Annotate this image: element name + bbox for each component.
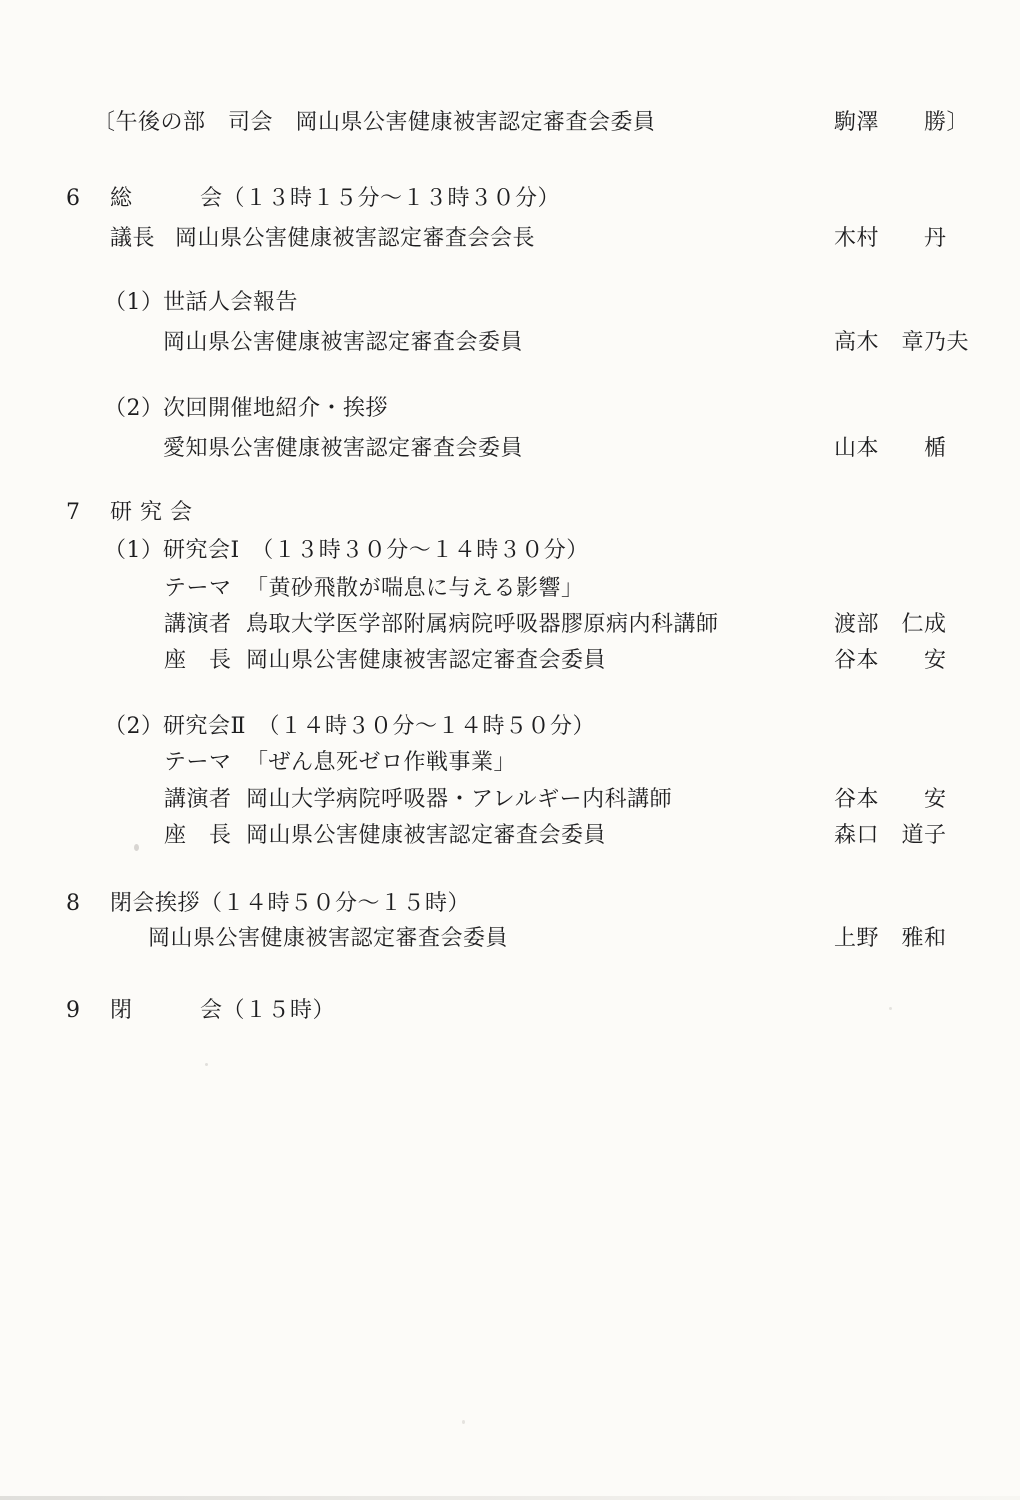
organization-title: 岡山県公害健康被害認定審査会委員 (163, 330, 523, 356)
row-text: 岡山県公害健康被害認定審査会委員 (246, 823, 606, 849)
person-name: 谷本 安 (834, 787, 947, 813)
item-title: 次回開催地紹介・挨拶 (163, 396, 388, 422)
organization-title: 愛知県公害健康被害認定審査会委員 (163, 436, 523, 462)
organization-title: 岡山県公害健康被害認定審査会会長 (175, 226, 535, 252)
agenda-line: 〔午後の部 司会 岡山県公害健康被害認定審査会委員駒澤 勝〕 (0, 110, 1020, 138)
agenda-line: 講演者鳥取大学医学部附属病院呼吸器膠原病内科講師渡部 仁成 (0, 612, 1020, 640)
person-name: 上野 雅和 (834, 926, 947, 952)
agenda-line: （1）研究会Ⅰ （１３時３０分～１４時３０分） (0, 538, 1020, 566)
row-text: 岡山大学病院呼吸器・アレルギー内科講師 (246, 787, 672, 813)
person-name: 高木 章乃夫 (834, 330, 969, 356)
row-text: 「黄砂飛散が喘息に与える影響」 (246, 576, 584, 602)
agenda-line: （2）次回開催地紹介・挨拶 (0, 396, 1020, 424)
item-number: （1） (104, 538, 164, 564)
agenda-line: 講演者岡山大学病院呼吸器・アレルギー内科講師谷本 安 (0, 787, 1020, 815)
section-number: 8 (66, 891, 81, 917)
item-number: （2） (104, 396, 164, 422)
section-title: 閉会挨拶（１４時５０分～１５時） (110, 891, 470, 917)
scan-bottom-edge (0, 1496, 1020, 1500)
person-name: 渡部 仁成 (834, 612, 947, 638)
section-title: 研 究 会 (110, 500, 193, 526)
item-title: 世話人会報告 (163, 290, 298, 316)
agenda-line: 6総 会（１３時１５分～１３時３０分） (0, 186, 1020, 214)
row-text: 鳥取大学医学部附属病院呼吸器膠原病内科講師 (246, 612, 719, 638)
section-number: 7 (66, 500, 81, 526)
organization-title: 岡山県公害健康被害認定審査会委員 (148, 926, 508, 952)
person-name: 駒澤 勝〕 (834, 110, 969, 136)
section-number: 6 (66, 186, 81, 212)
agenda-line: 8閉会挨拶（１４時５０分～１５時） (0, 891, 1020, 919)
person-name: 谷本 安 (834, 648, 947, 674)
agenda-line: 岡山県公害健康被害認定審査会委員上野 雅和 (0, 926, 1020, 954)
person-name: 木村 丹 (834, 226, 947, 252)
scan-speck (205, 1063, 208, 1066)
section-title: 総 会（１３時１５分～１３時３０分） (110, 186, 560, 212)
agenda-line: 9閉 会（１５時） (0, 998, 1020, 1026)
document-page: 〔午後の部 司会 岡山県公害健康被害認定審査会委員駒澤 勝〕6総 会（１３時１５… (0, 0, 1020, 1500)
agenda-line: テーマ「黄砂飛散が喘息に与える影響」 (0, 576, 1020, 604)
row-label: 議長 (110, 226, 155, 252)
scan-speck (134, 844, 139, 851)
item-title: 研究会Ⅱ （１４時３０分～１４時５０分） (163, 714, 595, 740)
item-number: （2） (104, 714, 164, 740)
item-number: （1） (104, 290, 164, 316)
person-name: 森口 道子 (834, 823, 947, 849)
row-label: 座 長 (164, 823, 232, 849)
row-label: テーマ (164, 750, 232, 776)
row-label: テーマ (164, 576, 232, 602)
person-name: 山本 楯 (834, 436, 947, 462)
row-label: 講演者 (164, 612, 232, 638)
agenda-line: 愛知県公害健康被害認定審査会委員山本 楯 (0, 436, 1020, 464)
agenda-line: （2）研究会Ⅱ （１４時３０分～１４時５０分） (0, 714, 1020, 742)
agenda-line: 7研 究 会 (0, 500, 1020, 528)
agenda-line: 議長岡山県公害健康被害認定審査会会長木村 丹 (0, 226, 1020, 254)
row-label: 座 長 (164, 648, 232, 674)
afternoon-session-header: 〔午後の部 司会 岡山県公害健康被害認定審査会委員 (93, 110, 656, 136)
row-text: 岡山県公害健康被害認定審査会委員 (246, 648, 606, 674)
row-text: 「ぜん息死ゼロ作戦事業」 (246, 750, 516, 776)
section-number: 9 (66, 998, 81, 1024)
section-title: 閉 会（１５時） (110, 998, 335, 1024)
agenda-line: 座 長岡山県公害健康被害認定審査会委員森口 道子 (0, 823, 1020, 851)
scan-speck (462, 1420, 465, 1424)
agenda-line: 岡山県公害健康被害認定審査会委員高木 章乃夫 (0, 330, 1020, 358)
agenda-line: （1）世話人会報告 (0, 290, 1020, 318)
item-title: 研究会Ⅰ （１３時３０分～１４時３０分） (163, 538, 589, 564)
agenda-line: 座 長岡山県公害健康被害認定審査会委員谷本 安 (0, 648, 1020, 676)
scan-speck (889, 1007, 892, 1010)
row-label: 講演者 (164, 787, 232, 813)
agenda-line: テーマ「ぜん息死ゼロ作戦事業」 (0, 750, 1020, 778)
